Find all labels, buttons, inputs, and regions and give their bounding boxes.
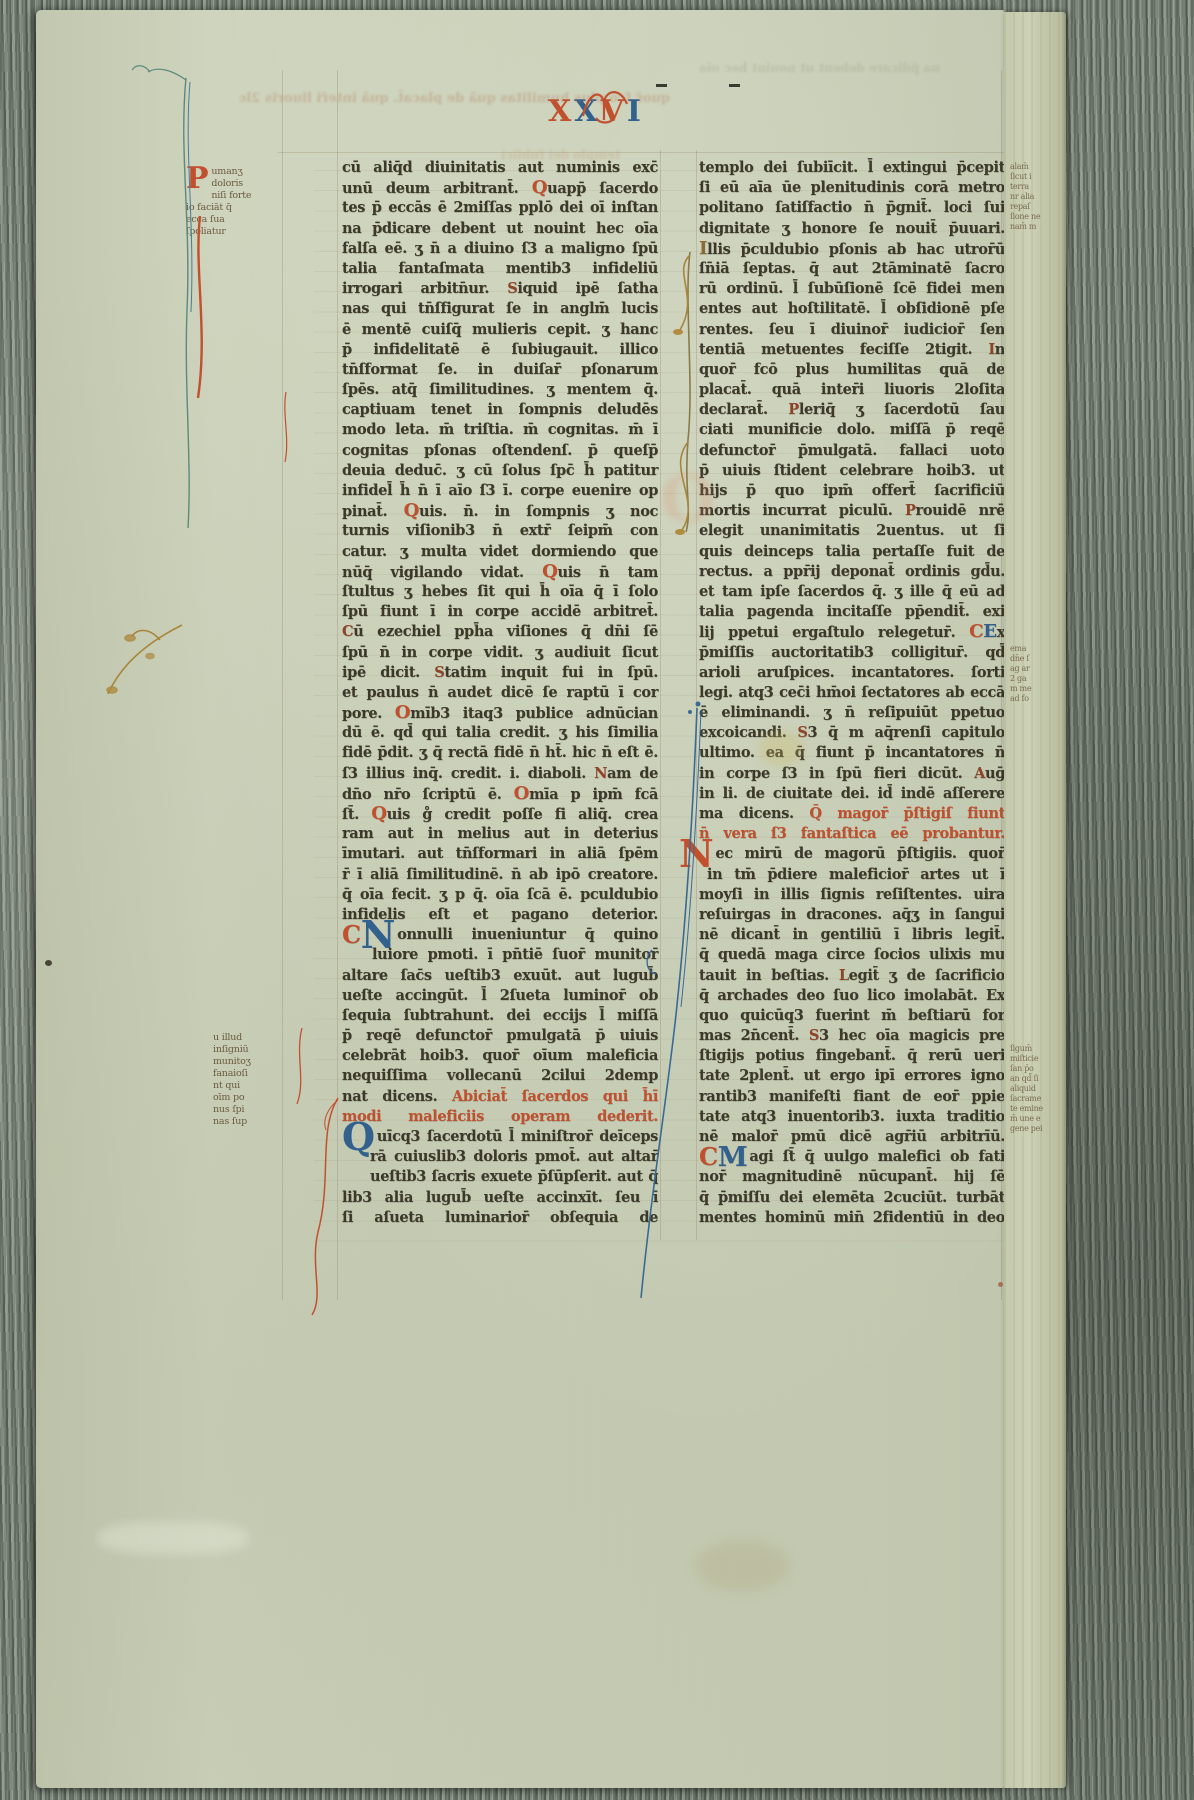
text-segment: deuia deduc̄. ʒ cū ſolus ſpc̄ h̄ patitur — [342, 462, 658, 479]
text-segment: ſpū fiunt ī in corpe accidē arbitret̄. — [342, 603, 658, 620]
text-segment: rentes. ſeu ī diuinor̄ iudicior̄ ſen — [699, 321, 1005, 338]
text-segment: irrogari arbitn̄ur. — [342, 280, 507, 297]
manuscript-line: defunctor̄ p̄mulgatā. fallaci uoto — [699, 441, 1005, 461]
edge-text-line: nr alia — [1010, 192, 1064, 202]
text-segment: am de — [607, 765, 658, 782]
text-segment: iquid ipē ſatha — [517, 280, 658, 297]
text-segment: ū ezechiel pph̄a viſiones q̄ dn̄i ſē — [353, 623, 658, 640]
manuscript-line: cognitas pſonas oſtendenſ. p̄ queſp̄ — [342, 441, 658, 461]
manuscript-line: ſi eū aīa ūe plenitudinis corā metro — [699, 178, 1005, 198]
text-segment: cognitas pſonas oſtendenſ. p̄ queſp̄ — [342, 442, 658, 459]
manuscript-line: ueſtib3 ſacris exuete p̄ſūpſerit. aut q̄ — [342, 1167, 658, 1187]
manuscript-line: r̄ ī aliā ſimilitudinē. n̄ ab ipō creato… — [342, 865, 658, 885]
manuscript-line: templo dei ſubiīcit. l̄ extingui p̄cepit — [699, 158, 1005, 178]
manuscript-line: nē dicant̄ in gentiliū ī libris legit̄. — [699, 925, 1005, 945]
rubric-text: Abiciat̄ ſacerdos qui h̄ī — [452, 1088, 658, 1105]
manuscript-line: rentes. ſeu ī diuinor̄ iudicior̄ ſen — [699, 320, 1005, 340]
manuscript-line: na p̄dicare debent ut nouint hec oīa — [342, 219, 658, 239]
manuscript-line: q̄ archades deo ſuo lico imolabāt. Ex — [699, 986, 1005, 1006]
chapter-numeral: X — [574, 94, 600, 129]
margin-gloss-bottom-left: u illudinſigniūmunitoʒfanaioſint quioīm … — [213, 1032, 271, 1128]
text-segment: altare ſac̄s ueſtib3 exuūt. aut lugub̄ — [342, 967, 658, 984]
text-segment: cū aliq̄d diuinitatis aut numinis exc̄ — [342, 159, 658, 176]
text-segment: ciati munificie dolo. miſſā p̄ reqē — [699, 421, 1005, 438]
text-segment: llis p̄culdubio pſonis ab hac utror̄ū — [707, 241, 1005, 258]
gloss-line: ecca ſua — [186, 214, 266, 226]
manuscript-line: ſt̄. Quis g̊ credit poſſe fi aliq̄. crea — [342, 804, 658, 824]
text-segment: tauit in beſtias. — [699, 967, 839, 984]
text-segment: mīa p ipm̄ fcā — [529, 786, 658, 803]
manuscript-line: mas 2n̄cent̄. S3 hec oīa magicis pre — [699, 1026, 1005, 1046]
text-segment: rouidē nrē — [916, 502, 1005, 519]
text-segment: catur. ʒ multa videt dormiendo que — [342, 543, 658, 560]
text-segment: tes p̄ eccās ē 2miſſas pplō dei oī inſta… — [342, 199, 658, 216]
text-segment: p̄miſſis auctoritatib3 colligitur̄. qd̄ — [699, 644, 1005, 661]
manuscript-line: rū ordinū. l̄ ſubūſionē ſcē fidei men — [699, 279, 1005, 299]
text-segment: P — [905, 502, 916, 519]
text-segment: egit̄ ʒ de ſacrificio — [849, 967, 1005, 984]
text-segment: nat dicens. — [342, 1088, 452, 1105]
manuscript-line: luiore pmoti. ī pn̄tiē ſuor̄ munitor̄ — [342, 945, 658, 965]
text-segment: tentiā metuentes feciſſe 2tigit. — [699, 341, 988, 358]
manuscript-line: ipē dicit. Statim inquit fui in ſpū. — [342, 663, 658, 683]
manuscript-line: mortis incurrat piculū. Prouidē nrē — [699, 501, 1005, 521]
manuscript-line: ē mentē cuiſq̄ mulieris cepit. ʒ hanc — [342, 320, 658, 340]
text-segment: ſequia ſubtrahunt. dei eccijs l̄ miſſā — [342, 1007, 658, 1024]
manuscript-line: turnis viſionib3 n̄ extr̄ ſeipm̄ con — [342, 521, 658, 541]
text-segment: mīb3 itaq3 publice adnūcian — [410, 705, 658, 722]
text-segment: q̄ archades deo ſuo lico imolabāt. Ex — [699, 987, 1005, 1004]
manuscript-line: p̄ reqē defunctor̄ pmulgatā p̄ uiuis — [342, 1026, 658, 1046]
text-segment: infidel̄ h̄ n̄ ī aīo ſ3 ī. corpe euenire… — [342, 482, 658, 499]
manuscript-line: ſtultus ʒ hebes ſit qui h̄ oīa q̄ ī ſolo — [342, 582, 658, 602]
edge-text-line: nam̄ m — [1010, 222, 1064, 232]
text-segment: fidē p̄dit. ʒ q̄ rectā fidē n̄ ht̄. hic … — [342, 744, 658, 761]
manuscript-line: ueſte accingūt. l̄ 2ſueta luminor̄ ob — [342, 986, 658, 1006]
gloss-line: inſigniū — [213, 1044, 271, 1056]
manuscript-line: n̄ vera ſ3 fantaſtica eē probantur. — [699, 824, 1005, 844]
text-segment: dn̄o nr̄o ſcriptū ē. — [342, 786, 514, 803]
manuscript-line: infidel̄ h̄ n̄ ī aīo ſ3 ī. corpe euenire… — [342, 481, 658, 501]
manuscript-line: p̄ infidelitatē ē ſubiugauit. illico — [342, 340, 658, 360]
text-segment: dū ē. qd̄ qui talia credit. ʒ his ſimili… — [342, 724, 658, 741]
edge-text-line: gene pei — [1010, 1124, 1064, 1134]
manuscript-line: p̄miſſis auctoritatib3 colligitur̄. qd̄ — [699, 643, 1005, 663]
text-segment: Q — [404, 500, 419, 521]
ruling-line — [278, 152, 1005, 153]
manuscript-line: q̄ p̄miſſu dei elemēta 2cuciūt. turbāt — [699, 1188, 1005, 1208]
gloss-line: oīm po — [213, 1092, 271, 1104]
text-segment: falſa eē. ʒ n̄ a diuino ſ3 a maligno ſpū — [342, 240, 658, 257]
manuscript-line: excoicandi. S3 q̄ m aq̄renſi capitulo — [699, 723, 1005, 743]
text-segment: elegit unanimitatis 2uentus. ut ſi — [699, 522, 1005, 539]
manuscript-line: modi maleficiis operam dederit. — [342, 1107, 658, 1127]
chapter-heading: XXVI — [548, 94, 644, 129]
text-segment: S — [507, 280, 517, 297]
chapter-numeral: I — [627, 94, 644, 129]
text-segment: modo leta. m̄ triſtia. m̄ cognitas. m̄ ī — [342, 421, 658, 438]
manuscript-line: politano ſatiſfactio n̄ p̄gnit̄. loci ſu… — [699, 198, 1005, 218]
text-segment: p̄ infidelitatē ē ſubiugauit. illico — [342, 341, 658, 358]
manuscript-line: catur. ʒ multa videt dormiendo que — [342, 542, 658, 562]
text-segment: 3 q̄ m aq̄renſi capitulo — [807, 724, 1005, 741]
text-segment: mortis incurrat piculū. — [699, 502, 905, 519]
edge-text-fragment: ſigum̄miſticieſan p̄oan qd̄ ſialiquidſac… — [1010, 1044, 1064, 1134]
manuscript-line: rā cuiuslib3 doloris pmot̄. aut altar̄ — [342, 1147, 658, 1167]
edge-text-line: m̄ une e — [1010, 1114, 1064, 1124]
text-segment: arioli aruſpices. incantatores. ſorti — [699, 664, 1005, 681]
manuscript-line: moyſi in illis ſignis reſiſtentes. uira — [699, 885, 1005, 905]
manuscript-line: arioli aruſpices. incantatores. ſorti — [699, 663, 1005, 683]
text-segment: Q — [371, 803, 386, 824]
gloss-initial-p: P — [186, 166, 208, 192]
manuscript-line: ſpēs. atq̄ ſimilitudines. ʒ mentem q̄. — [342, 380, 658, 400]
text-segment: placat̄. quā inter̄i liuoris 2loſita — [699, 381, 1005, 398]
text-segment: turnis viſionib3 n̄ extr̄ ſeipm̄ con — [342, 522, 658, 539]
gloss-line: munitoʒ — [213, 1056, 271, 1068]
text-segment: nequiſſima vollecanū 2cilui 2demp — [342, 1067, 658, 1084]
edge-text-line: ſigum̄ — [1010, 1044, 1064, 1054]
text-segment: na p̄dicare debent ut nouint hec oīa — [342, 220, 658, 237]
text-segment: rantib3 manifeſti fiant de eor̄ ppie — [699, 1088, 1005, 1105]
text-segment: talia fantaſmata mentib3 infideliū — [342, 260, 658, 277]
ruling-line — [282, 70, 283, 1300]
edge-text-line: ema — [1010, 644, 1064, 654]
manuscript-line: in corpe ſ3 in ſpū fieri dicūt. Auḡ — [699, 764, 1005, 784]
edge-text-line: 2 ga — [1010, 674, 1064, 684]
text-segment: politano ſatiſfactio n̄ p̄gnit̄. loci ſu… — [699, 199, 1005, 216]
manuscript-line: CMagi ſt̄ q̄ uulgo malefici ob fati — [699, 1147, 1005, 1167]
manuscript-line: pore. Omīb3 itaq3 publice adnūcian — [342, 703, 658, 723]
text-segment: nē dicant̄ in gentiliū ī libris legit̄. — [699, 926, 1005, 943]
text-segment: lib3 alia lugub̄ ueſte accinxīt. ſeu ī — [342, 1189, 658, 1206]
edge-text-line: dn̄e ſ — [1010, 654, 1064, 664]
text-segment: defunctor̄ p̄mulgatā. fallaci uoto — [699, 442, 1005, 459]
text-segment: ipē dicit. — [342, 664, 434, 681]
text-segment: ſtultus ʒ hebes ſit qui h̄ oīa q̄ ī ſolo — [342, 583, 658, 600]
manuscript-line: talia fantaſmata mentib3 infideliū — [342, 259, 658, 279]
manuscript-line: cū aliq̄d diuinitatis aut numinis exc̄ — [342, 158, 658, 178]
text-segment: declarat̄. — [699, 401, 788, 418]
text-segment: quis deinceps talia pertaſſe fuit de — [699, 543, 1005, 560]
text-segment: celebrāt hoib3. quor̄ oīum maleficia — [342, 1047, 658, 1064]
manuscript-line: declarat̄. Pleriq̄ ʒ ſacerdotū ſau — [699, 400, 1005, 420]
manuscript-line: ſn̄iā ſeptas. q̄ aut 2tāminatē ſacro — [699, 259, 1005, 279]
text-segment: I — [699, 238, 707, 259]
text-segment: agi ſt̄ q̄ uulgo malefici ob fati — [749, 1148, 1005, 1165]
manuscript-line: irrogari arbitn̄ur. Siquid ipē ſatha — [342, 279, 658, 299]
text-segment: ſt̄. — [342, 806, 371, 823]
text-segment: ultimo. ea q̄ fiunt p̄ incantatores n̄ — [699, 744, 1005, 761]
text-segment: reſuirgas in dracones. aq̄ʒ in ſangui — [699, 906, 1005, 923]
manuscript-line: deuia deduc̄. ʒ cū ſolus ſpc̄ h̄ patitur — [342, 461, 658, 481]
manuscript-line: fidē p̄dit. ʒ q̄ rectā fidē n̄ ht̄. hic … — [342, 743, 658, 763]
text-segment: quor̄ fcō plus humilitas quā de — [699, 361, 1005, 378]
manuscript-line: rantib3 manifeſti fiant de eor̄ ppie — [699, 1087, 1005, 1107]
text-segment: pinat̄. — [342, 503, 404, 520]
edge-text-line: ag ar — [1010, 664, 1064, 674]
text-segment: templo dei ſubiīcit. l̄ extingui p̄cepit — [699, 159, 1005, 176]
edge-text-line: repaſ — [1010, 202, 1064, 212]
manuscript-line: q̄ quedā maga circe ſocios ulixis mu — [699, 945, 1005, 965]
manuscript-line: placat̄. quā inter̄i liuoris 2loſita — [699, 380, 1005, 400]
edge-text-line: aliquid — [1010, 1084, 1064, 1094]
manuscript-line: nequiſſima vollecanū 2cilui 2demp — [342, 1066, 658, 1086]
text-segment: pore. — [342, 705, 395, 722]
manuscript-line: modo leta. m̄ triſtia. m̄ cognitas. m̄ ī — [342, 420, 658, 440]
text-segment: O — [514, 783, 529, 804]
text-segment: O — [395, 702, 410, 723]
chapter-numeral: V — [601, 94, 627, 129]
text-segment: ſn̄iā ſeptas. q̄ aut 2tāminatē ſacro — [699, 260, 1005, 277]
manuscript-line: in li. de ciuitate dei. id̄ indē aſſerer… — [699, 784, 1005, 804]
text-segment: tate atq3 inuentorib3. iuxta traditio — [699, 1108, 1005, 1125]
text-segment: uapp̄ ſacerdo — [547, 180, 658, 197]
text-segment: onnulli inueniuntur q̄ quino — [397, 926, 658, 943]
text-segment: ueſtib3 ſacris exuete p̄ſūpſerit. aut q̄ — [370, 1168, 658, 1185]
text-segment: talia pagenda incitaſſe pp̄endit̄. exi — [699, 603, 1005, 620]
text-segment: leriq̄ ʒ ſacerdotū ſau — [799, 401, 1005, 418]
edge-text-line: ſan p̄o — [1010, 1064, 1064, 1074]
text-segment: S — [809, 1027, 819, 1044]
next-folio-edge: alam̄ſicut iterranr aliarepaſſione nenam… — [1004, 12, 1066, 1788]
gloss-line: nt qui — [213, 1080, 271, 1092]
text-segment: P — [788, 401, 799, 418]
text-column-left: cū aliq̄d diuinitatis aut numinis exc̄un… — [342, 158, 658, 1228]
manuscript-line: unū deum arbitrant̄. Quapp̄ ſacerdo — [342, 178, 658, 198]
manuscript-line: altare ſac̄s ueſtib3 exuūt. aut lugub̄ — [342, 966, 658, 986]
manuscript-line: Illis p̄culdubio pſonis ab hac utror̄ū — [699, 239, 1005, 259]
gloss-line: ſpoliatur — [186, 226, 266, 238]
manuscript-line: Cū ezechiel pph̄a viſiones q̄ dn̄i ſē — [342, 622, 658, 642]
text-segment: C — [342, 623, 353, 640]
gloss-line: io faciāt q̄ — [186, 202, 266, 214]
text-segment: captiuam tenet in ſompnis deludēs — [342, 401, 658, 418]
text-segment: luiore pmoti. ī pn̄tiē ſuor̄ munitor̄ — [372, 946, 658, 963]
text-segment: S — [797, 724, 807, 741]
manuscript-line: in tm̄ p̄diere maleficior̄ artes ut ī — [699, 865, 1005, 885]
text-segment: ec mirū de magorū p̄ſtigiis. quor̄ — [715, 845, 1005, 862]
manuscript-line: hijs p̄ quo ipm̄ offert̄ ſacrificiū — [699, 481, 1005, 501]
text-segment: tatim inquit fui in ſpū. — [444, 664, 658, 681]
edge-text-fragment: emadn̄e ſag ar2 gam mead fo — [1010, 644, 1064, 704]
text-segment: rā cuiuslib3 doloris pmot̄. aut altar̄ — [370, 1148, 658, 1165]
text-segment: p̄ reqē defunctor̄ pmulgatā p̄ uiuis — [342, 1027, 658, 1044]
manuscript-line: dn̄o nr̄o ſcriptū ē. Omīa p ipm̄ fcā — [342, 784, 658, 804]
manuscript-line: p̄ uiuis ſtident celebrare hoib3. ut — [699, 461, 1005, 481]
text-segment: mentes hominū min̄ 2fidentiū in deo — [699, 1209, 1005, 1226]
manuscript-line: lij ppetui ergaſtulo relegetur̄. CEx — [699, 622, 1005, 642]
manuscript-line: et tam ipſe ſacerdos q̄. ʒ ille q̄ eū ad — [699, 582, 1005, 602]
ruling-line — [696, 150, 697, 1240]
text-segment: excoicandi. — [699, 724, 797, 741]
manuscript-line: ſequia ſubtrahunt. dei eccijs l̄ miſſā — [342, 1006, 658, 1026]
manuscript-line: tate 2plent̄. ut ergo ipī errores igno — [699, 1066, 1005, 1086]
manuscript-line: ciati munificie dolo. miſſā p̄ reqē — [699, 420, 1005, 440]
manuscript-line: quis deinceps talia pertaſſe fuit de — [699, 542, 1005, 562]
ruling-line — [337, 70, 338, 1300]
text-segment: r̄ ī aliā ſimilitudinē. n̄ ab ipō creato… — [342, 866, 658, 883]
manuscript-line: ma dicens. Q̄ magor̄ p̄ſtigiſ fiunt — [699, 804, 1005, 824]
text-segment: ueſte accingūt. l̄ 2ſueta luminor̄ ob — [342, 987, 658, 1004]
rubric-text: modi maleficiis operam dederit. — [342, 1108, 658, 1125]
text-segment: dignitate ʒ honore ſe nouit̄ p̄uuari. — [699, 220, 1005, 237]
manuscript-line: tate atq3 inuentorib3. iuxta traditio — [699, 1107, 1005, 1127]
manuscript-line: elegit unanimitatis 2uentus. ut ſi — [699, 521, 1005, 541]
manuscript-line: reſuirgas in dracones. aq̄ʒ in ſangui — [699, 905, 1005, 925]
manuscript-line: entes aut hoſtilitatē. l̄ obſidionē pſe — [699, 299, 1005, 319]
manuscript-line: īmutari. aut tn̄ſformari in aliā ſpēm — [342, 844, 658, 864]
text-segment: ē mentē cuiſq̄ mulieris cepit. ʒ hanc — [342, 321, 658, 338]
text-segment: ſi eū aīa ūe plenitudinis corā metro — [699, 179, 1005, 196]
text-segment: ram aut in melius aut in deterius — [342, 825, 658, 842]
text-segment: et tam ipſe ſacerdos q̄. ʒ ille q̄ eū ad — [699, 583, 1005, 600]
text-segment: q̄ quedā maga circe ſocios ulixis mu — [699, 946, 1005, 963]
text-segment: in corpe ſ3 in ſpū fieri dicūt. — [699, 765, 974, 782]
text-segment: uḡ — [985, 765, 1005, 782]
text-segment: tate 2plent̄. ut ergo ipī errores igno — [699, 1067, 1005, 1084]
manuscript-line: nor̄ magnitudinē nūcupant̄. hij ſē — [699, 1167, 1005, 1187]
manuscript-line: Quīcq3 ſacerdotū l̄ miniſtror̄ deīceps — [342, 1127, 658, 1147]
edge-text-line: ſacrame — [1010, 1094, 1064, 1104]
text-segment: S — [434, 664, 444, 681]
text-column-right: templo dei ſubiīcit. l̄ extingui p̄cepit… — [699, 158, 1005, 1228]
manuscript-line: quo quicūq3 fuerint m̄ beſtiarū for — [699, 1006, 1005, 1026]
manuscript-photo: { "page_type": "medieval manuscript foli… — [0, 0, 1194, 1800]
manuscript-line: captiuam tenet in ſompnis deludēs — [342, 400, 658, 420]
text-segment: tn̄ſformat ſe. in duiſar̄ pſonarum — [342, 361, 658, 378]
manuscript-line: ram aut in melius aut in deterius — [342, 824, 658, 844]
edge-text-line: ad fo — [1010, 694, 1064, 704]
rubric-text: Q̄ magor̄ p̄ſtigiſ fiunt — [809, 805, 1005, 822]
text-segment: unū deum arbitrant̄. — [342, 180, 532, 197]
manuscript-line: rectus. a ppr̄ij deponat̄ ordinis gd̄u. — [699, 562, 1005, 582]
edge-text-line: ſicut i — [1010, 172, 1064, 182]
text-segment: uis g̊ credit poſſe fi aliq̄. crea — [387, 806, 658, 823]
manuscript-line: nūq̄ vigilando vidat. Quis n̄ tam — [342, 562, 658, 582]
edge-text-line: terra — [1010, 182, 1064, 192]
gloss-line: fanaioſi — [213, 1068, 271, 1080]
chapter-numeral: X — [548, 94, 574, 129]
manuscript-line: ſi aſueta luminarior̄ obſequia de — [342, 1208, 658, 1228]
manuscript-line: legi. atq3 cec̄i hm̄oi ſectatores ab ecc… — [699, 683, 1005, 703]
rubric-text: n̄ vera ſ3 fantaſtica eē probantur. — [699, 825, 1005, 842]
text-segment: E — [983, 621, 996, 642]
manuscript-line: Nec mirū de magorū p̄ſtigiis. quor̄ — [699, 844, 1005, 864]
manuscript-line: ſtigijs potius fingebant̄. q̄ rerū ueri — [699, 1046, 1005, 1066]
text-segment: uis. n̄. in ſompnis ʒ noc — [419, 503, 658, 520]
manuscript-line: ē eliminandi. ʒ n̄ reſipuiūt ppetuo — [699, 703, 1005, 723]
margin-gloss-top-left: P umanʒdolorisniſi forteio faciāt q̄ecca… — [186, 166, 266, 238]
manuscript-line: tes p̄ eccās ē 2miſſas pplō dei oī inſta… — [342, 198, 658, 218]
edge-text-line: alam̄ — [1010, 162, 1064, 172]
text-segment: in tm̄ p̄diere maleficior̄ artes ut ī — [707, 866, 1005, 883]
text-segment: nas qui tn̄ſfigurat ſe in anglm̄ lucis — [342, 300, 658, 317]
edge-text-fragment: alam̄ſicut iterranr aliarepaſſione nenam… — [1010, 162, 1064, 232]
manuscript-line: CNonnulli inueniuntur q̄ quino — [342, 925, 658, 945]
decorated-initial: C — [342, 920, 361, 949]
manuscript-line: ſpū fiunt ī in corpe accidē arbitret̄. — [342, 602, 658, 622]
text-segment: C — [969, 621, 983, 642]
text-segment: ē eliminandi. ʒ n̄ reſipuiūt ppetuo — [699, 704, 1005, 721]
ruling-line — [660, 150, 661, 1240]
text-segment: ſi aſueta luminarior̄ obſequia de — [342, 1209, 658, 1226]
text-segment: ſtigijs potius fingebant̄. q̄ rerū ueri — [699, 1047, 1005, 1064]
text-segment: mas 2n̄cent̄. — [699, 1027, 809, 1044]
manuscript-line: nat dicens. Abiciat̄ ſacerdos qui h̄ī — [342, 1087, 658, 1107]
text-segment: rectus. a ppr̄ij deponat̄ ordinis gd̄u. — [699, 563, 1005, 580]
text-segment: legi. atq3 cec̄i hm̄oi ſectatores ab ecc… — [699, 684, 1005, 701]
text-segment: quo quicūq3 fuerint m̄ beſtiarū for — [699, 1007, 1005, 1024]
manuscript-line: celebrāt hoib3. quor̄ oīum maleficia — [342, 1046, 658, 1066]
text-segment: lij ppetui ergaſtulo relegetur̄. — [699, 624, 969, 641]
manuscript-line: ſpū n̄ in corpe vidit. ʒ audiuit ſicut — [342, 643, 658, 663]
edge-text-line: m me — [1010, 684, 1064, 694]
manuscript-line: tn̄ſformat ſe. in duiſar̄ pſonarum — [342, 360, 658, 380]
text-segment: et paulus n̄ audet dicē ſe raptū ī cor — [342, 684, 658, 701]
edge-text-line: te emine — [1010, 1104, 1064, 1114]
text-segment: hijs p̄ quo ipm̄ offert̄ ſacrificiū — [699, 482, 1005, 499]
text-segment: ma dicens. — [699, 805, 809, 822]
text-segment: moyſi in illis ſignis reſiſtentes. uira — [699, 886, 1005, 903]
manuscript-line: falſa eē. ʒ n̄ a diuino ſ3 a maligno ſpū — [342, 239, 658, 259]
manuscript-line: dignitate ʒ honore ſe nouit̄ p̄uuari. — [699, 219, 1005, 239]
manuscript-line: talia pagenda incitaſſe pp̄endit̄. exi — [699, 602, 1005, 622]
manuscript-line: q̄ oīa fecit. ʒ p q̄. oīa ſcā ē. pculdub… — [342, 885, 658, 905]
gloss-line: u illud — [213, 1032, 271, 1044]
manuscript-line: pinat̄. Quis. n̄. in ſompnis ʒ noc — [342, 501, 658, 521]
text-segment: p̄ uiuis ſtident celebrare hoib3. ut — [699, 462, 1005, 479]
text-segment: Q — [532, 177, 547, 198]
text-segment: nor̄ magnitudinē nūcupant̄. hij ſē — [699, 1168, 1005, 1185]
text-segment: q̄ oīa fecit. ʒ p q̄. oīa ſcā ē. pculdub… — [342, 886, 658, 903]
text-segment: N — [594, 765, 607, 782]
manuscript-line: ultimo. ea q̄ fiunt p̄ incantatores n̄ — [699, 743, 1005, 763]
text-segment: uīcq3 ſacerdotū l̄ miniſtror̄ deīceps — [377, 1128, 658, 1145]
manuscript-line: mentes hominū min̄ 2fidentiū in deo — [699, 1208, 1005, 1228]
edge-text-line: miſticie — [1010, 1054, 1064, 1064]
manuscript-line: tentiā metuentes feciſſe 2tigit. In — [699, 340, 1005, 360]
text-segment: A — [974, 765, 985, 782]
text-segment: L — [839, 967, 849, 984]
text-segment: in li. de ciuitate dei. id̄ indē aſſerer… — [699, 785, 1005, 802]
text-segment: q̄ p̄miſſu dei elemēta 2cuciūt. turbāt — [699, 1189, 1005, 1206]
text-segment: rū ordinū. l̄ ſubūſionē ſcē fidei men — [699, 280, 1005, 297]
edge-text-line: an qd̄ ſi — [1010, 1074, 1064, 1084]
manuscript-line: tauit in beſtias. Legit̄ ʒ de ſacrificio — [699, 966, 1005, 986]
gloss-line: nus ſpi — [213, 1104, 271, 1116]
manuscript-line: ſ3 illius inq̄. credit. i. diaboli. Nam … — [342, 764, 658, 784]
manuscript-line: nas qui tn̄ſfigurat ſe in anglm̄ lucis — [342, 299, 658, 319]
text-segment: uis n̄ tam — [558, 564, 658, 581]
text-segment: nūq̄ vigilando vidat. — [342, 564, 542, 581]
text-segment: entes aut hoſtilitatē. l̄ obſidionē pſe — [699, 300, 1005, 317]
gloss-line: nas ſup — [213, 1116, 271, 1128]
manuscript-line: et paulus n̄ audet dicē ſe raptū ī cor — [342, 683, 658, 703]
text-segment: īmutari. aut tn̄ſformari in aliā ſpēm — [342, 845, 658, 862]
text-segment: 3 hec oīa magicis pre — [819, 1027, 1005, 1044]
text-segment: Q — [542, 561, 557, 582]
text-segment: ſ3 illius inq̄. credit. i. diaboli. — [342, 765, 594, 782]
manuscript-line: quor̄ fcō plus humilitas quā de — [699, 360, 1005, 380]
text-segment: ſpū n̄ in corpe vidit. ʒ audiuit ſicut — [342, 644, 658, 661]
text-segment: ſpēs. atq̄ ſimilitudines. ʒ mentem q̄. — [342, 381, 658, 398]
manuscript-line: dū ē. qd̄ qui talia credit. ʒ his ſimili… — [342, 723, 658, 743]
edge-text-line: ſione ne — [1010, 212, 1064, 222]
manuscript-line: lib3 alia lugub̄ ueſte accinxīt. ſeu ī — [342, 1188, 658, 1208]
